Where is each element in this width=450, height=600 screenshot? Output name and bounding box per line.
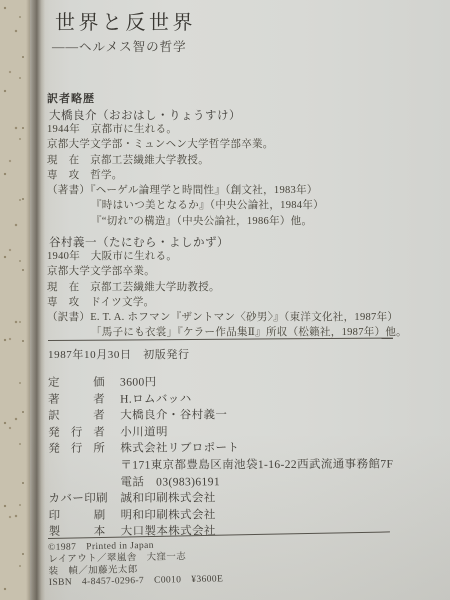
bio-line: （著書）『ヘーゲル論理学と時間性』（創文社，1983年） [47,183,324,198]
row-value: 3600円 [120,377,157,389]
bio-line: 1940年 大阪市に生れる。 [47,249,407,264]
translator-bio-heading: 訳者略歴 [47,90,95,106]
bio-line: 専 攻 ドイツ文学。 [47,295,407,310]
colophon-row: 発行所株式会社リブロポート [48,440,393,458]
book-title: 世界と反世界 [55,6,196,35]
row-label: 発行所 [48,441,105,458]
row-value: 小川道明 [120,426,168,438]
isbn-line: ISBN 4-8457-0296-7 C0010 ¥3600E [49,575,224,590]
bio-line: 『時はいつ美となるか』（中央公論社，1984年） [91,198,324,213]
bio-line: 京都大学文学部卒業。 [47,264,407,279]
publisher-address: 〒171東京都豊島区南池袋1-16-22西武流通事務館7F [120,456,393,474]
bio-line: 現 在 京都工芸繊維大学教授。 [47,153,324,168]
row-label: 定価 [48,375,105,392]
colophon-row: 印刷明和印刷株式会社 [49,506,394,524]
bio-line: 1944年 京都市に生れる。 [47,122,324,137]
translator2-name: 谷村義一（たにむら・よしかず） [49,234,229,250]
row-label: 訳者 [48,408,105,425]
translator2-bio: 1940年 大阪市に生れる。 京都大学文学部卒業。 現 在 京都工芸繊維大学助教… [47,249,407,341]
colophon-block: 定価3600円 著者H.ロムバッハ 訳者大橋良介・谷村義一 発行者小川道明 発行… [48,373,394,540]
colophon-row: 著者H.ロムバッハ [48,390,393,408]
publisher-phone: 電話 03(983)6191 [120,473,393,491]
book-subtitle: ――ヘルメス智の哲学 [52,37,187,55]
row-value: 明和印刷株式会社 [121,509,216,521]
row-label: 印刷 [49,508,106,525]
colophon-row: 定価3600円 [48,373,393,391]
row-value: 大橋良介・谷村義一 [120,409,227,421]
bio-line: 現 在 京都工芸繊維大学助教授。 [47,280,407,295]
translator1-name: 大橋良介（おおはし・りょうすけ） [49,107,241,123]
book-colophon-photo: { "book": { "title": "世界と反世界", "subtitle… [0,0,450,600]
bio-line: （訳書）E. T. A. ホフマン『ザントマン〈砂男〉』（東洋文化社，1987年… [47,310,407,325]
row-label: 著者 [48,391,105,408]
row-value: 株式会社リブロポート [120,443,239,456]
colophon-row: 訳者大橋良介・谷村義一 [48,407,393,425]
row-value: H.ロムバッハ [120,393,192,405]
colophon-row: 発行者小川道明 [48,423,393,441]
bio-line: 『“切れ”の構造』（中央公論社，1986年）他。 [91,214,324,229]
credits-block: ©1987 Printed in Japan レイアウト／翠嵐舎 大窪一志 装 … [48,539,223,590]
colophon-row: カバー印刷誠和印刷株式会社 [49,490,394,508]
translator1-bio: 1944年 京都市に生れる。 京都大学文学部・ミュンヘン大学哲学部卒業。 現 在… [47,122,324,229]
row-value: 誠和印刷株式会社 [121,492,216,504]
edition-date-line: 1987年10月30日 初版発行 [48,346,190,362]
row-label: 発行者 [48,425,105,442]
bio-line: 専 攻 哲学。 [47,168,324,183]
bio-line: 京都大学文学部・ミュンヘン大学哲学部卒業。 [47,137,324,152]
row-label: カバー印刷 [49,491,106,508]
